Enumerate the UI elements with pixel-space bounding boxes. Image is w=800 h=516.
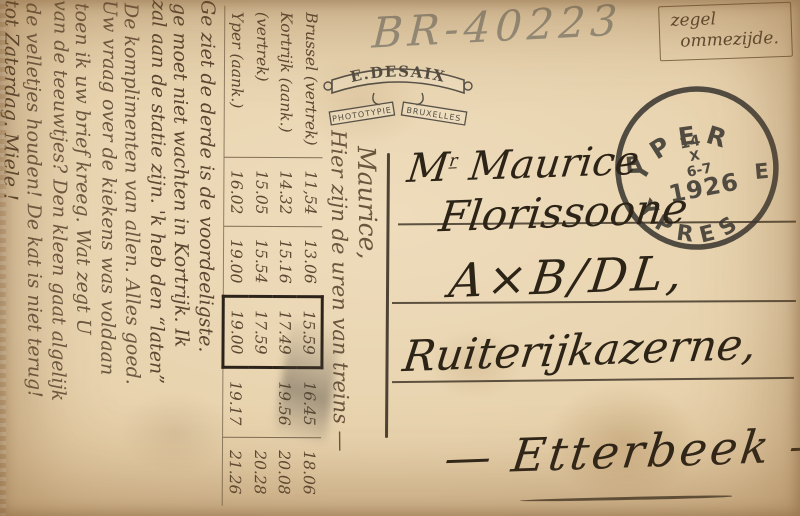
time-cell: 20.08	[272, 438, 296, 507]
time-cell: 15.54	[249, 227, 273, 297]
message-line: De komplimenten van allen. Alles goed.	[119, 3, 146, 516]
time-cell: 19.00	[223, 297, 249, 368]
stamp-note-line2: ommezijde.	[680, 28, 792, 53]
time-cell	[248, 368, 272, 438]
station-cell: Kortrijk (aank.)	[274, 6, 299, 158]
stamp-note-box: zegel ommezijde.	[658, 2, 793, 62]
address-title-sup: r	[448, 150, 459, 170]
address-line-street: Ruiterijkazerne,	[400, 320, 759, 382]
message-line: Ge ziet de derde is de voordeeligste.	[192, 0, 220, 516]
address-title: M	[405, 145, 452, 192]
time-cell: 15.16	[273, 227, 297, 297]
message-line: toen ik uw brief kreeg. Wat zegt U	[70, 3, 97, 516]
address-first-name: Maurice	[467, 138, 642, 190]
message-line: van de teeuwtjes? Den kleen gaat algelij…	[45, 0, 73, 516]
message-salutation: Maurice,	[351, 146, 387, 516]
message-intro: Hier zijn de uren van treins —	[324, 130, 355, 516]
timetable-row: Yper (aank.)16.0219.0019.0019.1721.26	[222, 6, 250, 507]
message-line: ge moet niet wachten in Kortrijk. Ik	[168, 3, 195, 516]
time-cell: 17.59	[248, 297, 272, 368]
message-area: Maurice, Hier zijn de uren van treins — …	[0, 0, 388, 516]
address-line-unit: A×B/DL,	[446, 246, 689, 309]
time-cell: 15.05	[249, 158, 273, 227]
logo-right-ribbon: BRUXELLES	[401, 102, 466, 125]
time-cell: 18.06	[296, 438, 322, 507]
message-lines: Ge ziet de derde is de voordeeligste.ge …	[0, 0, 218, 516]
station-cell: Yper (aank.)	[224, 6, 250, 158]
message-line: Uw vraag over de kiekens was voldaan	[94, 0, 122, 516]
postmark-letter-right: E	[753, 159, 769, 184]
message-line: de velletjes houden! De kat is niet teru…	[21, 3, 48, 516]
deckled-edge	[0, 0, 6, 516]
station-cell: Brussel (vertrek)	[298, 6, 324, 158]
time-cell: 19.00	[223, 227, 249, 297]
time-cell: 19.17	[223, 368, 249, 438]
catalog-number: BR-40223	[371, 0, 624, 58]
time-cell: 13.06	[297, 227, 323, 297]
address-line-last-name: Florissoone	[436, 184, 690, 242]
time-cell: 11,54	[297, 158, 323, 227]
time-cell: 16.02	[224, 158, 250, 227]
timetable-row: (vertrek)15.0515.5417.5920.28	[248, 6, 275, 507]
postcard-scan: BR-40223 zegel ommezijde. E.DESAIX PHOTO…	[0, 0, 800, 516]
message-line: zal aan de statie zijn. 'k heb den “late…	[143, 0, 171, 516]
address-line-city: — Etterbeek —	[442, 417, 800, 485]
time-cell: 21.26	[222, 438, 248, 507]
address-line-recipient-title: Mr Maurice	[405, 138, 642, 192]
time-cell: 20.28	[248, 438, 272, 507]
station-cell: (vertrek)	[250, 6, 275, 158]
logo-banner-curl-right	[464, 82, 472, 90]
time-cell: 14.32	[273, 158, 297, 227]
